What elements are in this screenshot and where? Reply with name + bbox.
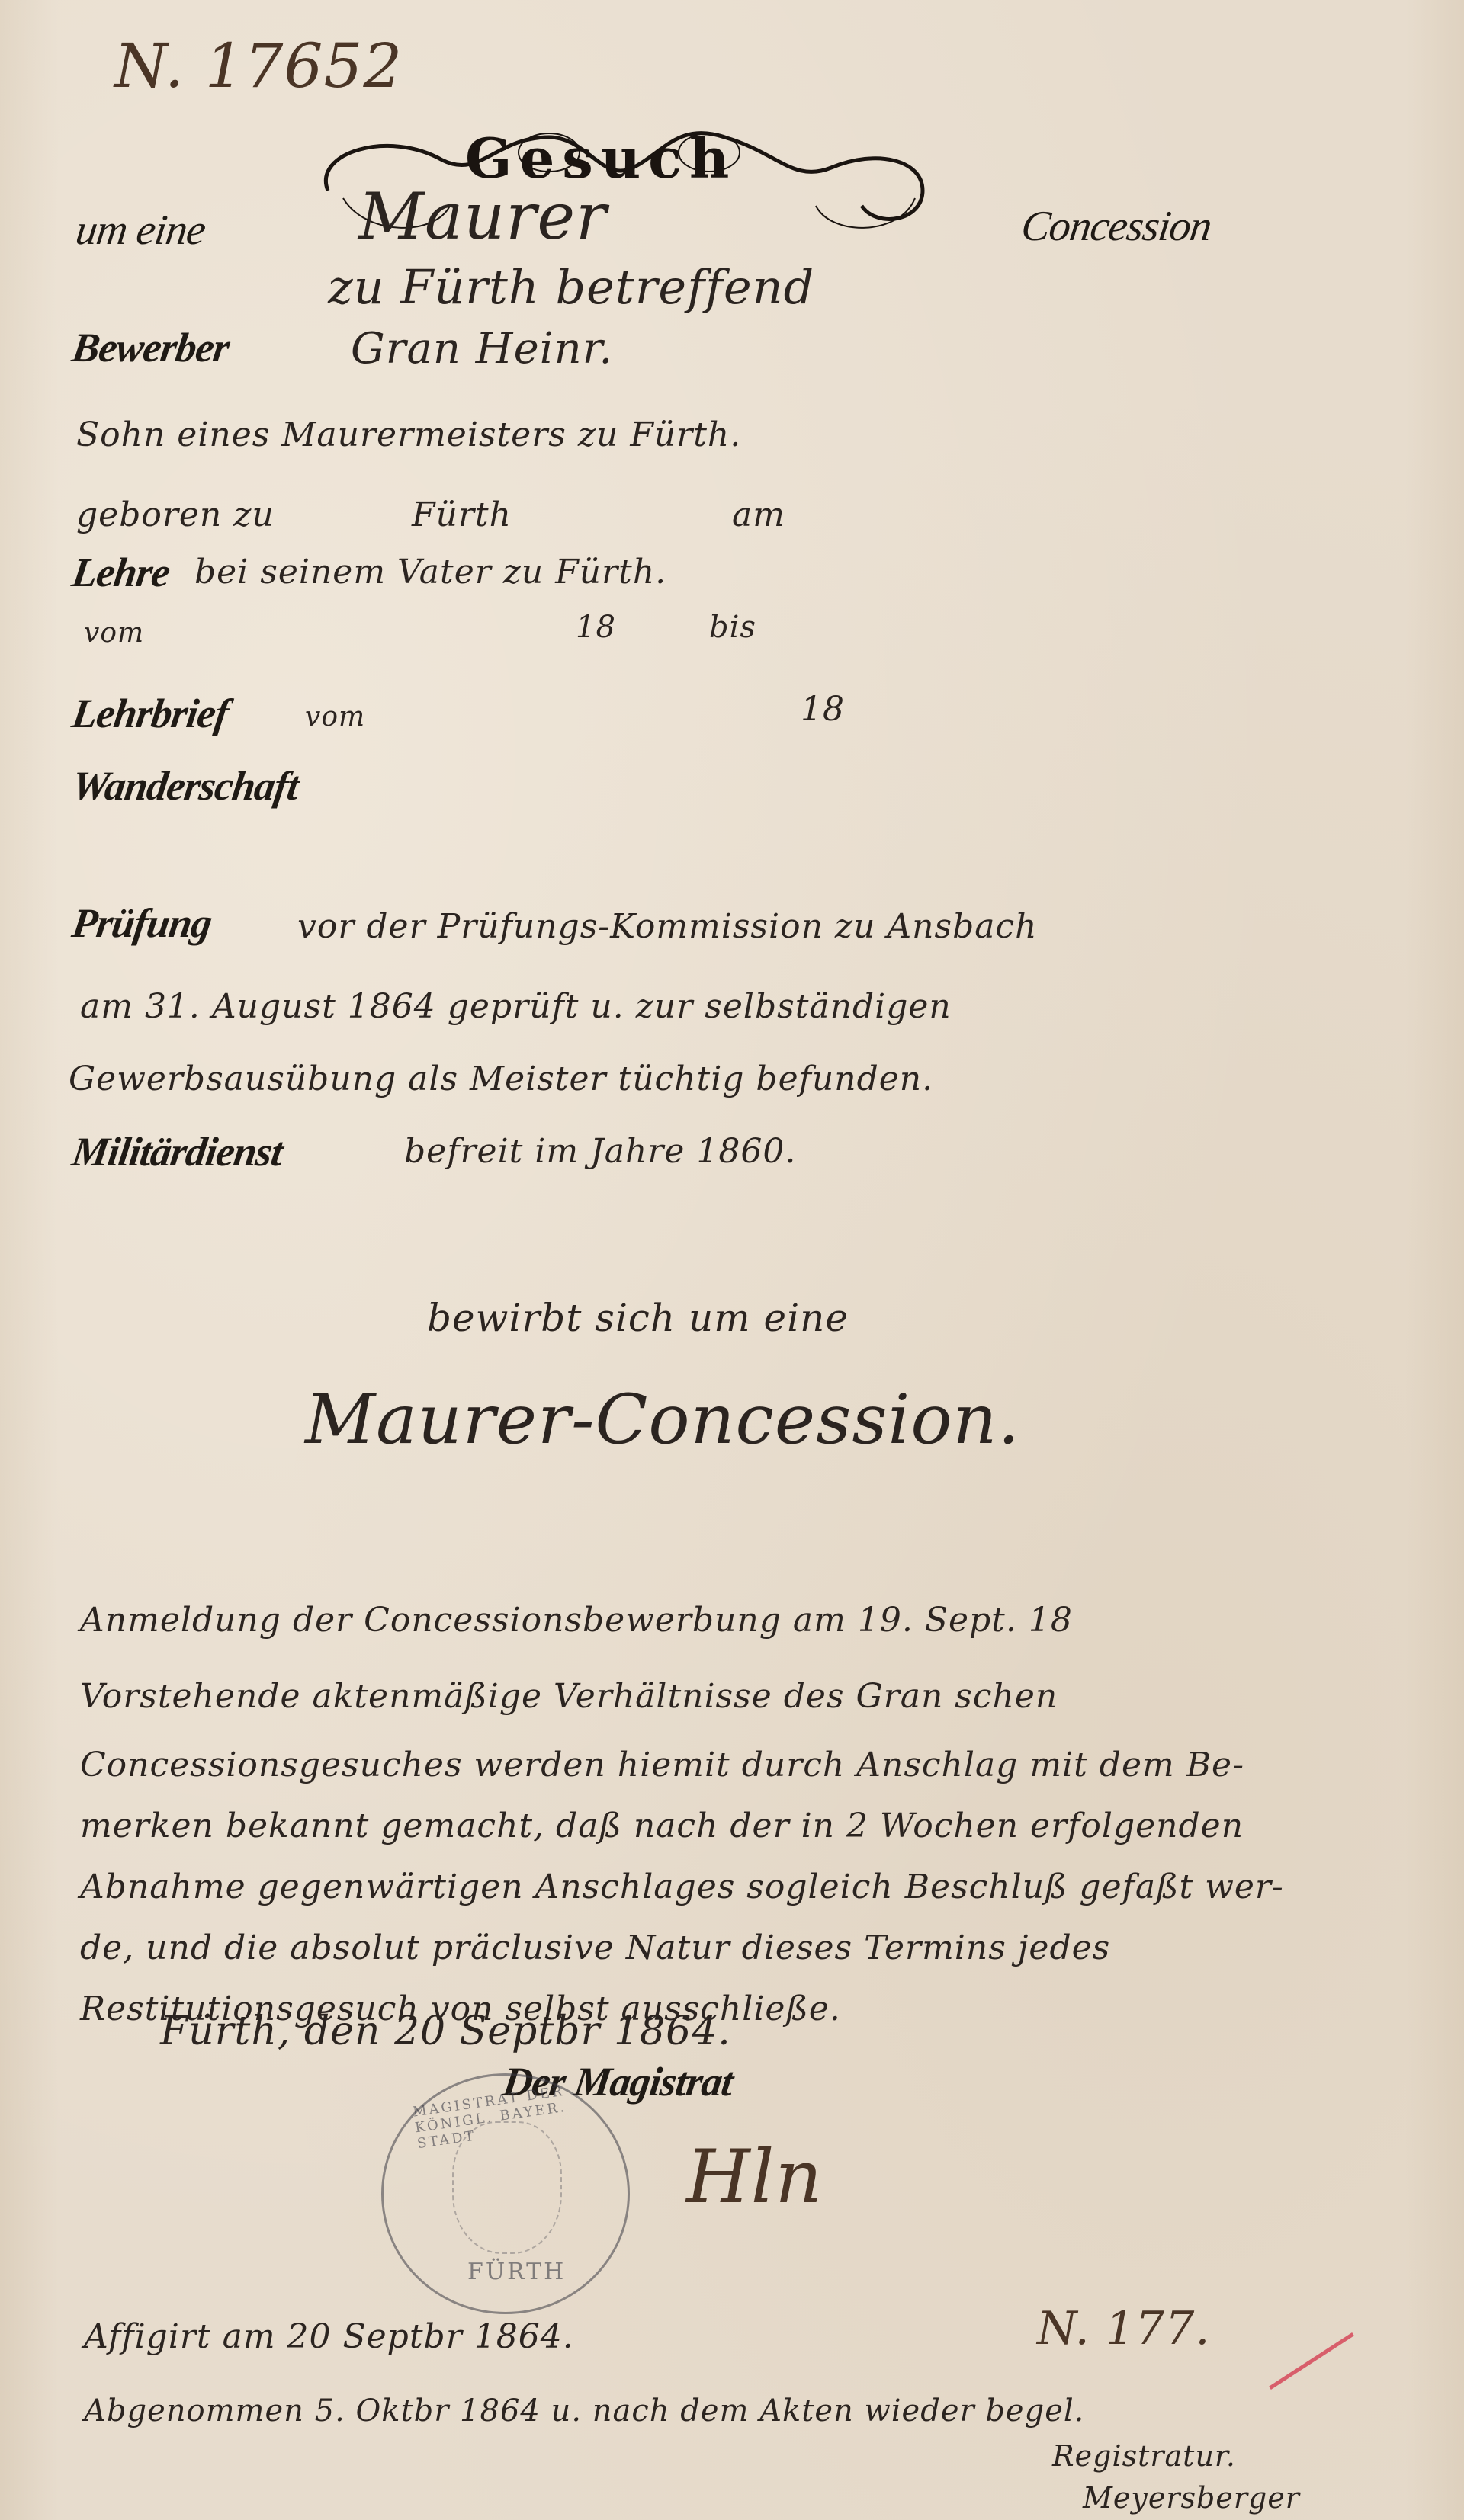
affixed-date: Affigirt am 20 Septbr 1864. (84, 2317, 574, 2356)
certificate-from-label: vom (305, 701, 365, 733)
signoff-line-1: Registratur. (1052, 2439, 1236, 2473)
exam-line-3: Gewerbsausübung als Meister tüchtig befu… (69, 1060, 933, 1098)
header-prefix: um eine (73, 206, 209, 255)
notice-line-5: Abnahme gegenwärtigen Anschlages sogleic… (80, 1868, 1284, 1906)
magistrate-signature: Hln (686, 2134, 823, 2220)
label-bewerber: Bewerber (69, 324, 233, 371)
notice-line-1: Anmeldung der Concessionsbewerbung am 19… (80, 1601, 1073, 1640)
seal-city: FÜRTH (467, 2259, 566, 2285)
signoff-line-2: Meyersberger (1083, 2481, 1300, 2515)
label-lehre: Lehre (69, 549, 173, 596)
label-militaerdienst: Militärdienst (69, 1128, 286, 1175)
notice-place-date: Fürth, den 20 Septbr 1864. (160, 2009, 731, 2054)
military-service-value: befreit im Jahre 1860. (404, 1132, 796, 1171)
request-line-2: Maurer-Concession. (305, 1380, 1020, 1460)
footer-number: N. 177. (1037, 2302, 1210, 2355)
notice-line-2: Vorstehende aktenmäßige Verhältnisse des… (80, 1677, 1058, 1716)
place-line: zu Fürth betreffend (328, 259, 814, 315)
apprenticeship-to-label: bis (709, 610, 756, 645)
birth-prefix: geboren zu (76, 495, 274, 534)
apprenticeship-from-label: vom (84, 617, 144, 649)
label-pruefung: Prüfung (69, 899, 215, 947)
archive-number: N. 17652 (114, 30, 403, 101)
notice-line-6: de, und die absolut präclusive Natur die… (80, 1928, 1110, 1967)
label-wanderschaft: Wanderschaft (69, 762, 302, 810)
request-line-1: bewirbt sich um eine (427, 1296, 849, 1340)
label-lehrbrief: Lehrbrief (69, 690, 232, 737)
apprenticeship-value: bei seinem Vater zu Fürth. (194, 553, 666, 592)
exam-line-1: vor der Prüfungs-Kommission zu Ansbach (297, 907, 1037, 946)
removed-date: Abgenommen 5. Oktbr 1864 u. nach dem Akt… (84, 2393, 1084, 2429)
certificate-year: 18 (801, 690, 845, 729)
birth-date-label: am (732, 495, 785, 534)
red-pencil-mark (1269, 2332, 1354, 2390)
applicant-name: Gran Heinr. (351, 324, 613, 374)
header-suffix: Concession (1019, 202, 1215, 251)
apprenticeship-year-from: 18 (576, 610, 616, 645)
trade-handwritten: Maurer (358, 179, 607, 254)
notice-line-3: Concessionsgesuches werden hiemit durch … (80, 1746, 1244, 1784)
exam-line-2: am 31. August 1864 geprüft u. zur selbst… (80, 987, 952, 1026)
applicant-parentage: Sohn eines Maurermeisters zu Fürth. (76, 415, 741, 454)
official-seal-stamp: MAGISTRAT DER KÖNIGL. BAYER. STADT FÜRTH (381, 2073, 630, 2314)
notice-line-4: merken bekannt gemacht, daß nach der in … (80, 1807, 1244, 1845)
birth-place: Fürth (412, 495, 512, 534)
